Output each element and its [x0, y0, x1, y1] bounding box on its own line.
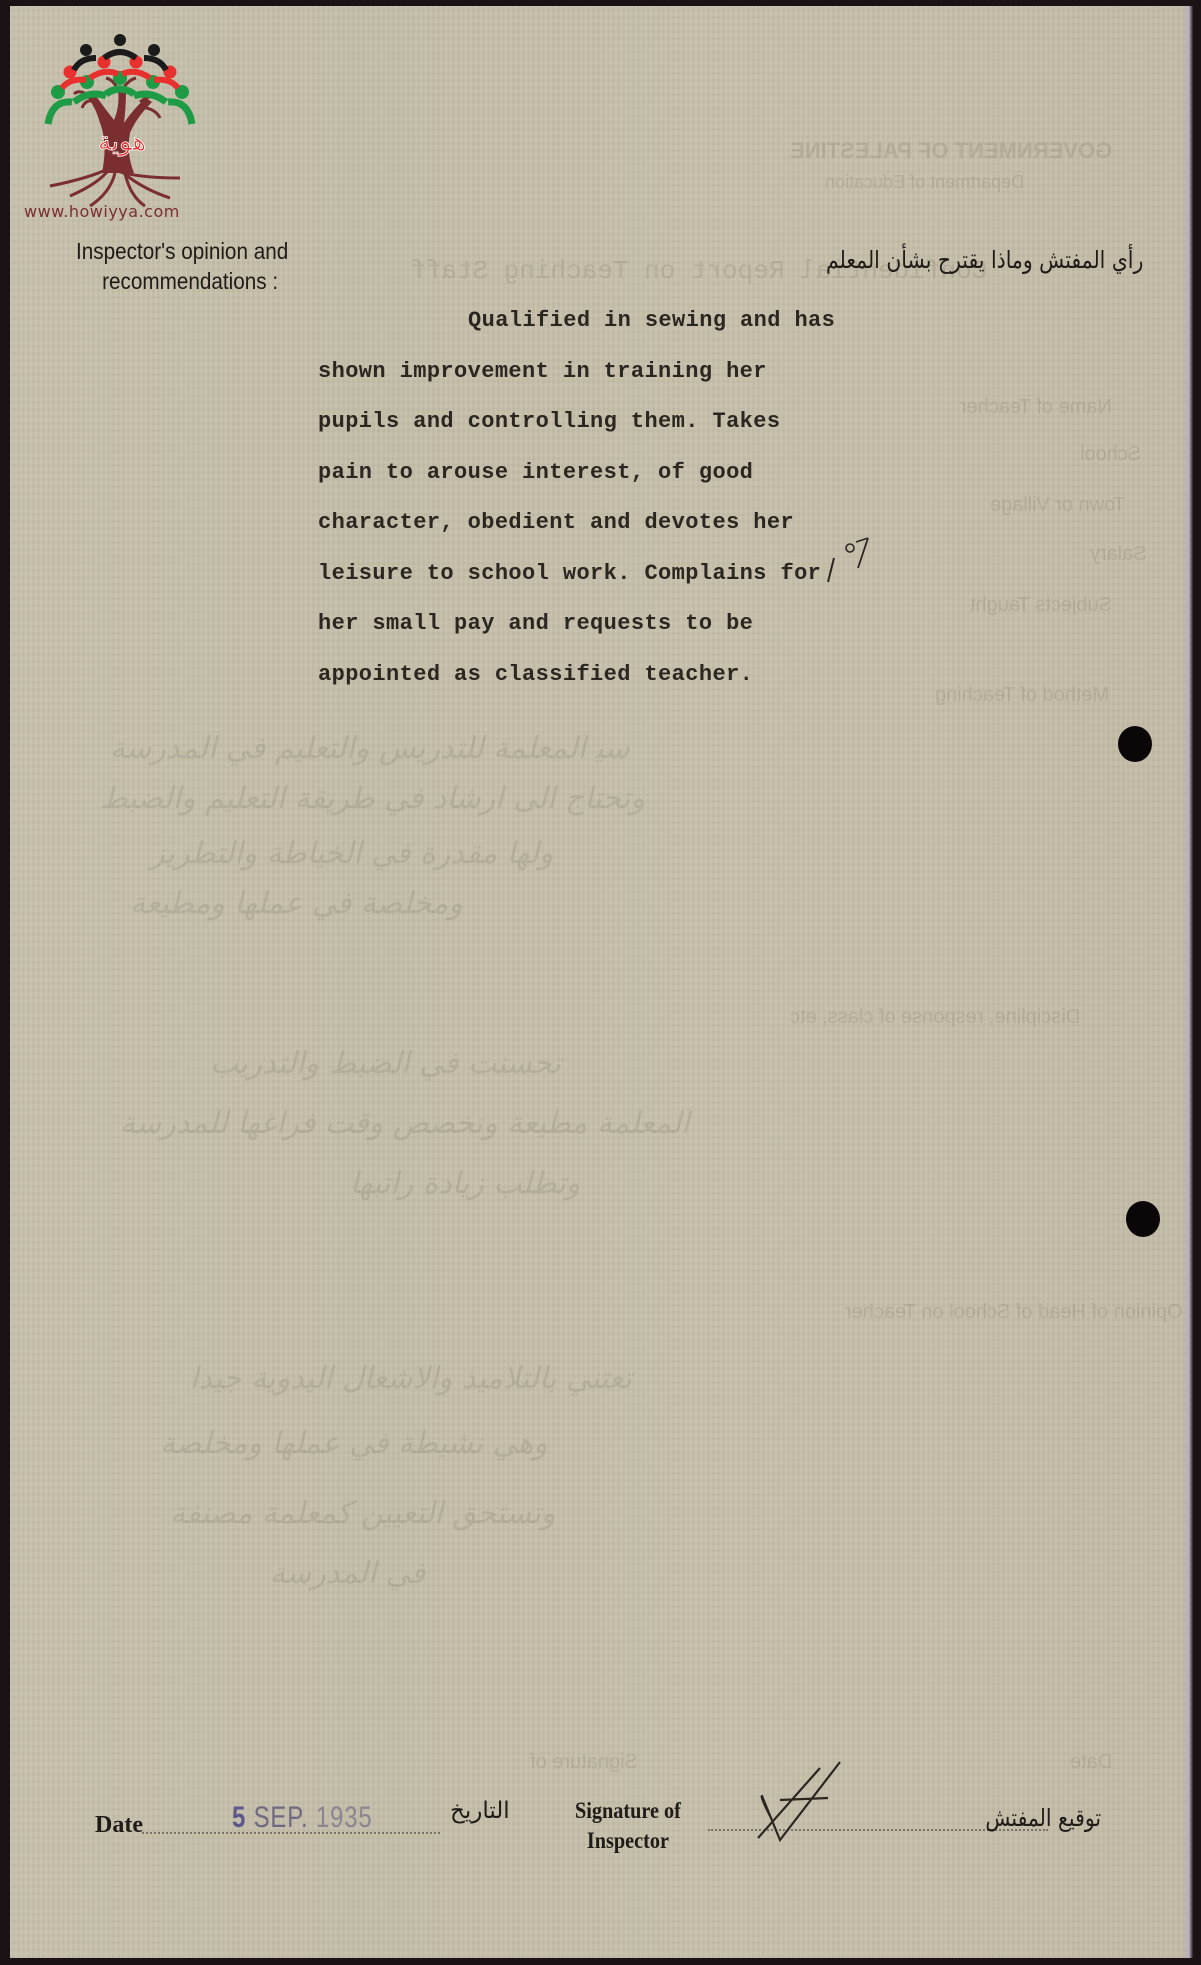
- bleed-through-field: Town or Village: [990, 494, 1125, 517]
- bleed-through-handwriting: ﻭﻣﺨﻠﺼﺔ ﻓﻲ ﻋﻤﻠﻬﺎ ﻭﻣﻄﻴﻌﺔ: [130, 886, 463, 921]
- typed-line: her small pay and requests to be: [318, 599, 918, 650]
- signature-label-arabic: توقيع المفتش: [985, 1804, 1101, 1832]
- punch-hole: [1118, 726, 1152, 762]
- bleed-through-header: GOVERNMENT OF PALESTINE: [790, 138, 1112, 164]
- bleed-through-handwriting: ﻓﻲ ﺍﻟﻤﺪﺭﺳﺔ: [270, 1556, 425, 1591]
- inspector-opinion-label: Inspector's opinion and recommendations …: [76, 236, 288, 296]
- bleed-through-field: School: [1080, 443, 1141, 466]
- bleed-through-field: Signature of: [530, 1751, 638, 1774]
- bleed-through-field: Date: [1070, 1751, 1112, 1774]
- bleed-through-handwriting: ﻭﻟﻬﺎ ﻣﻘﺪﺭﺓ ﻓﻲ ﺍﻟﺨﻴﺎﻃﺔ ﻭﺍﻟﺘﻄﺮﻳﺰ: [150, 836, 553, 871]
- bleed-through-handwriting: ﻭﺗﺤﺘﺎﺝ ﺍﻟﻰ ﺍﺭﺷﺎﺩ ﻓﻲ ﻃﺮﻳﻘﺔ ﺍﻟﺘﻌﻠﻴﻢ ﻭﺍﻟﻀﺒﻂ: [100, 781, 645, 816]
- bleed-through-subheader: Department of Education: [825, 172, 1024, 193]
- bleed-through-handwriting: ﺍﻟﻤﻌﻠﻤﺔ ﻣﻄﻴﻌﺔ ﻭﺗﺨﺼﺺ ﻭﻗﺖ ﻓﺮﺍﻏﻬﺎ ﻟﻠﻤﺪﺭﺳﺔ: [120, 1106, 690, 1141]
- date-stamp-day: 5: [232, 1801, 246, 1834]
- date-stamp: 5 SEP. 1935: [232, 1801, 373, 1835]
- bleed-through-handwriting: ﺗﻌﺘﻨﻲ ﺑﺎﻟﺘﻼﻣﻴﺬ ﻭﺍﻻﺷﻐﺎﻝ ﺍﻟﻴﺪﻭﻳﺔ ﺟﻴﺪﺍ: [190, 1361, 632, 1396]
- typed-line: pain to arouse interest, of good: [318, 448, 918, 499]
- howiyya-url: www.howiyya.com: [24, 202, 180, 221]
- bleed-through-field: Discipline, response of class, etc: [790, 1006, 1080, 1029]
- bleed-through-handwriting: ﻭﻫﻲ ﻧﺸﻴﻄﺔ ﻓﻲ ﻋﻤﻠﻬﺎ ﻭﻣﺨﻠﺼﺔ: [160, 1426, 548, 1461]
- document-page: GOVERNMENT OF PALESTINE Department of Ed…: [10, 6, 1193, 1958]
- bleed-through-handwriting: ﺗﺤﺴﻨﺖ ﻓﻲ ﺍﻟﻀﺒﻂ ﻭﺍﻟﺘﺪﺭﻳﺐ: [210, 1046, 561, 1081]
- label-line-1: Inspector's opinion and: [76, 236, 288, 266]
- svg-text:هوية: هوية: [98, 127, 146, 157]
- typed-line: Qualified in sewing and has: [318, 296, 918, 347]
- bleed-through-field: Name of Teacher: [960, 396, 1112, 419]
- typed-line: shown improvement in training her: [318, 347, 918, 398]
- typed-line: appointed as classified teacher.: [318, 650, 918, 701]
- signature-label-line-2: Inspector: [575, 1826, 681, 1856]
- bleed-through-field: Method of Teaching: [935, 684, 1109, 707]
- bleed-through-handwriting: ﻭﺗﻄﻠﺐ ﺯﻳﺎﺩﺓ ﺭﺍﺗﺒﻬﺎ: [350, 1166, 580, 1201]
- label-line-2: recommendations :: [76, 266, 288, 296]
- date-stamp-year: 1935: [316, 1801, 373, 1834]
- howiyya-logo-icon: هوية: [30, 28, 210, 218]
- date-stamp-month: SEP.: [254, 1801, 309, 1834]
- punch-hole: [1126, 1201, 1160, 1237]
- date-label-arabic: التاريخ: [450, 1798, 510, 1824]
- bleed-through-handwriting: ﻭﺗﺴﺘﺤﻖ ﺍﻟﺘﻌﻴﻴﻦ ﻛﻤﻌﻠﻤﺔ ﻣﺼﻨﻔﺔ: [170, 1496, 555, 1531]
- signature-label-line-1: Signature of: [575, 1796, 681, 1826]
- inspector-signature: [750, 1756, 850, 1846]
- date-label: Date: [95, 1812, 143, 1839]
- bleed-through-field: Opinion of Head of School on Teacher: [845, 1301, 1183, 1324]
- bleed-through-field: Salary: [1090, 543, 1147, 566]
- inspector-opinion-label-arabic: رأي المفتش وماذا يقترح بشأن المعلم: [826, 246, 1143, 274]
- bleed-through-field: Subjects Taught: [970, 594, 1112, 617]
- typed-line: pupils and controlling them. Takes: [318, 397, 918, 448]
- typed-opinion-text: Qualified in sewing and has shown improv…: [318, 296, 918, 700]
- signature-of-inspector-label: Signature of Inspector: [575, 1796, 681, 1856]
- bleed-through-handwriting: ﺳﻴ ﺍﻟﻤﻌﻠﻤﺔ ﻟﻠﺘﺪﺭﻳﺲ ﻭﺍﻟﺘﻌﻠﻴﻢ ﻓﻲ ﺍﻟﻤﺪﺭﺳﺔ: [110, 731, 630, 766]
- handwritten-correction-mark: [820, 536, 880, 586]
